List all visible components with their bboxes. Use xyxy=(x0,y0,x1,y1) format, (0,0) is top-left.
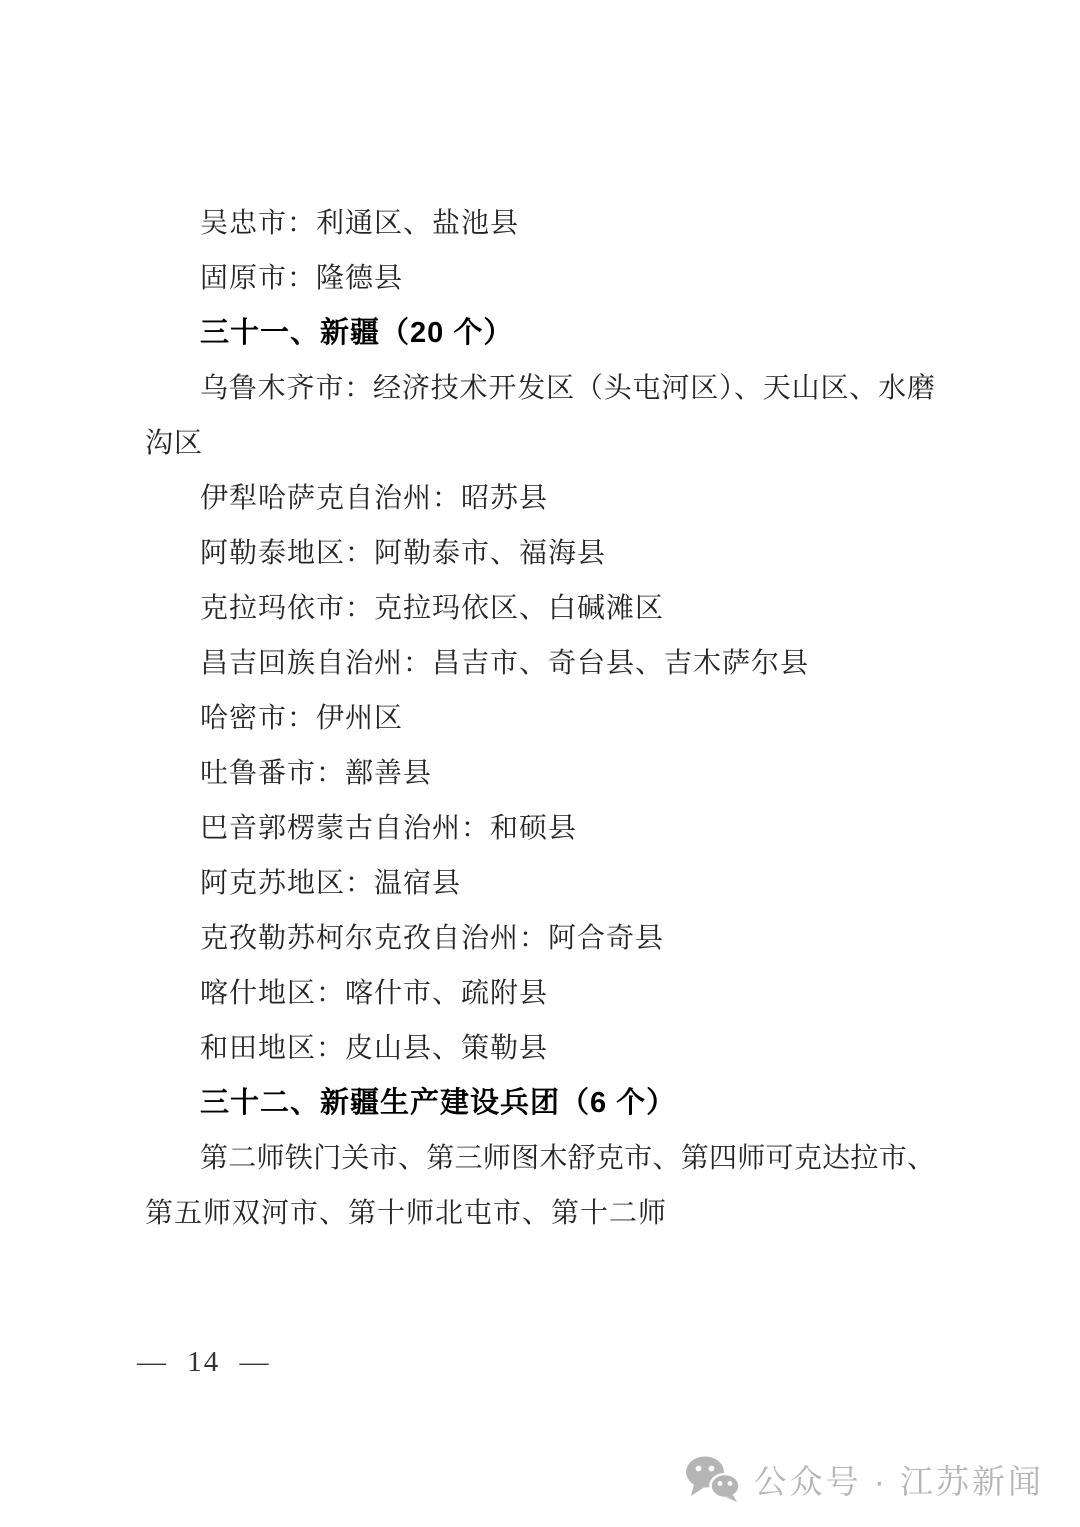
section-heading: 三十一、新疆（20 个） xyxy=(145,306,935,361)
section-heading: 三十二、新疆生产建设兵团（6 个） xyxy=(145,1076,935,1131)
document-line: 克孜勒苏柯尔克孜自治州：阿合奇县 xyxy=(145,911,935,966)
document-line: 阿克苏地区：温宿县 xyxy=(145,856,935,911)
document-line: 哈密市：伊州区 xyxy=(145,691,935,746)
document-line: 固原市：隆德县 xyxy=(145,251,935,306)
wechat-icon xyxy=(684,1455,742,1503)
document-line: 吴忠市：利通区、盐池县 xyxy=(145,196,935,251)
document-line: 昌吉回族自治州：昌吉市、奇台县、吉木萨尔县 xyxy=(145,636,935,691)
document-page: 吴忠市：利通区、盐池县固原市：隆德县三十一、新疆（20 个）乌鲁木齐市：经济技术… xyxy=(0,0,1080,1527)
document-line: 阿勒泰地区：阿勒泰市、福海县 xyxy=(145,526,935,581)
document-line: 乌鲁木齐市：经济技术开发区（头屯河区）、天山区、水磨 xyxy=(145,361,935,416)
document-line: 第二师铁门关市、第三师图木舒克市、第四师可克达拉市、 xyxy=(145,1131,935,1186)
document-line: 沟区 xyxy=(145,416,935,471)
document-line: 伊犁哈萨克自治州：昭苏县 xyxy=(145,471,935,526)
watermark: 公众号 · 江苏新闻 xyxy=(684,1455,1044,1503)
document-line: 克拉玛依市：克拉玛依区、白碱滩区 xyxy=(145,581,935,636)
document-line: 第五师双河市、第十师北屯市、第十二师 xyxy=(145,1186,935,1241)
document-line: 和田地区：皮山县、策勒县 xyxy=(145,1021,935,1076)
watermark-text: 公众号 · 江苏新闻 xyxy=(754,1456,1044,1503)
document-line: 喀什地区：喀什市、疏附县 xyxy=(145,966,935,1021)
page-number: — 14 — xyxy=(137,1346,271,1379)
document-line: 巴音郭楞蒙古自治州：和硕县 xyxy=(145,801,935,856)
document-body: 吴忠市：利通区、盐池县固原市：隆德县三十一、新疆（20 个）乌鲁木齐市：经济技术… xyxy=(145,196,935,1241)
document-line: 吐鲁番市：鄯善县 xyxy=(145,746,935,801)
